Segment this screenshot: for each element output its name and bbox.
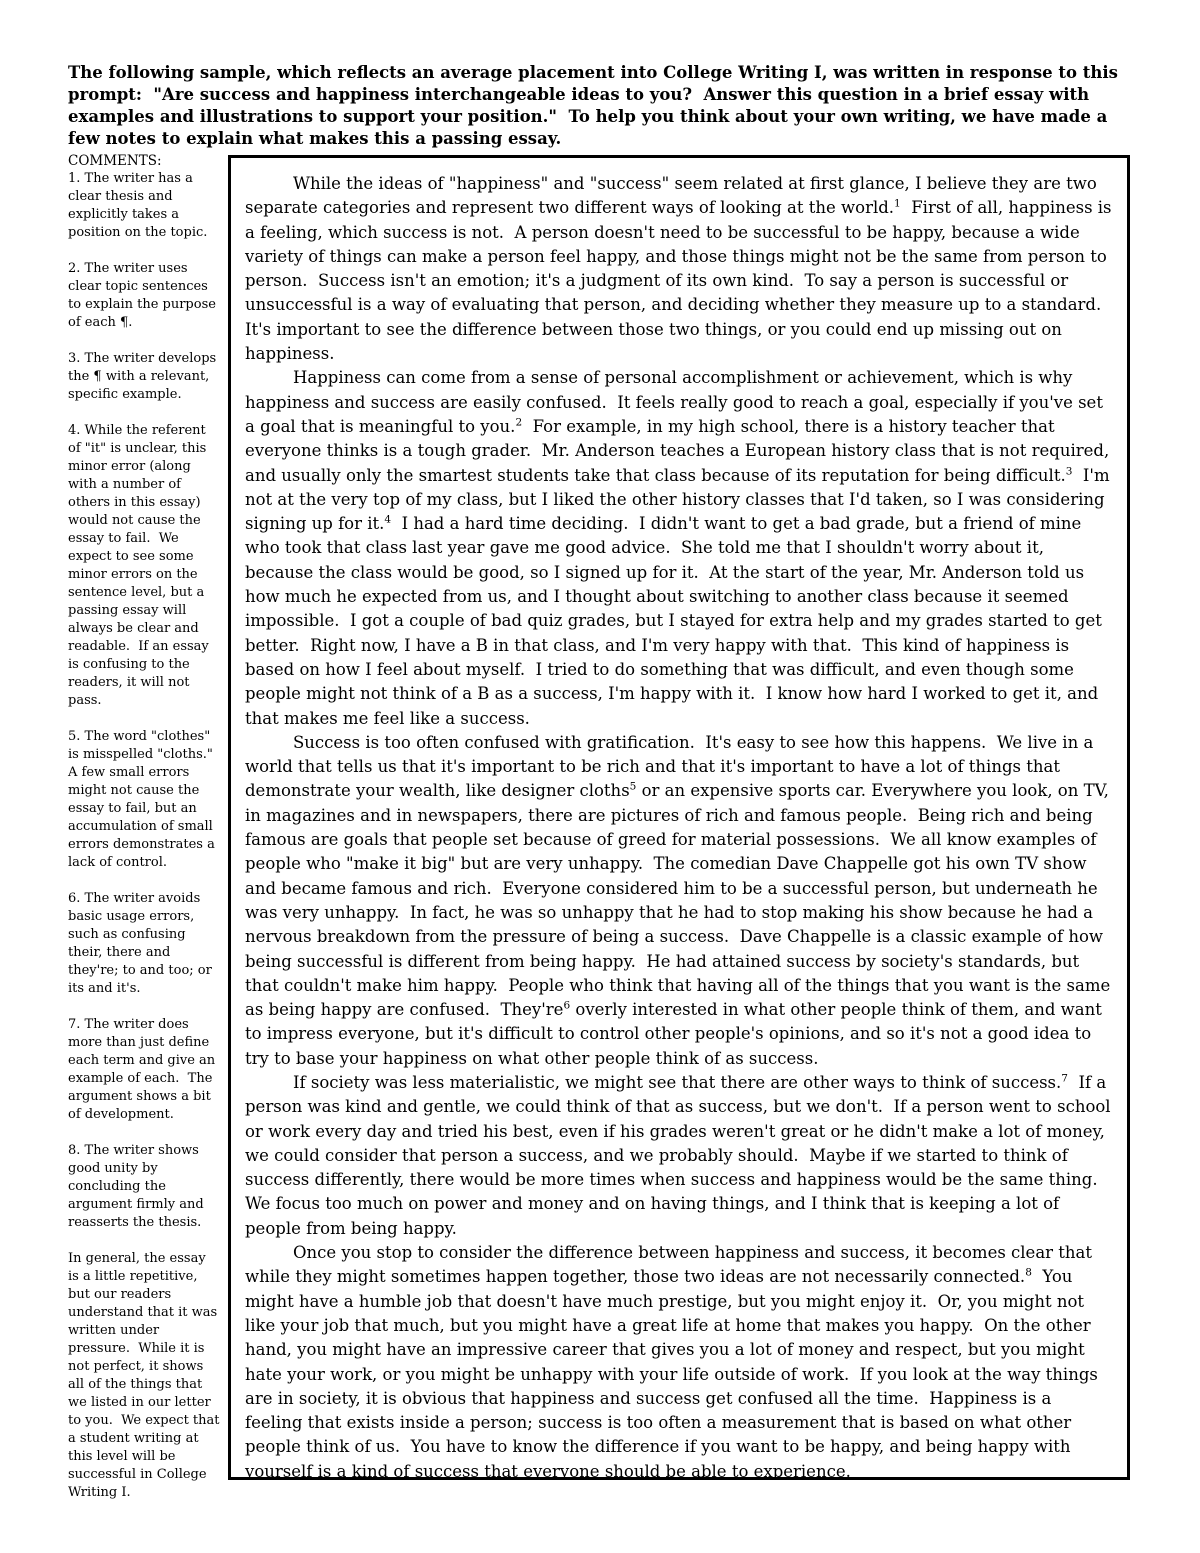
comments-sidebar: COMMENTS: 1. The writer has a clear thes…: [68, 152, 220, 1520]
essay-body: While the ideas of "happiness" and "succ…: [245, 172, 1113, 1480]
comment-note: 6. The writer avoids basic usage errors,…: [68, 890, 220, 998]
footnote-ref: 8: [1025, 1267, 1032, 1279]
footnote-ref: 3: [1066, 465, 1073, 477]
comment-note: 7. The writer does more than just define…: [68, 1016, 220, 1124]
comment-note: 5. The word "clothes" is misspelled "clo…: [68, 728, 220, 872]
comment-note: 3. The writer develops the ¶ with a rele…: [68, 350, 220, 404]
essay-paragraph: Happiness can come from a sense of perso…: [245, 366, 1113, 730]
essay-paragraph: Once you stop to consider the difference…: [245, 1241, 1113, 1480]
footnote-ref: 2: [515, 416, 522, 428]
essay-paragraph: While the ideas of "happiness" and "succ…: [245, 172, 1113, 366]
essay-box: While the ideas of "happiness" and "succ…: [228, 155, 1130, 1480]
essay-paragraph: Success is too often confused with grati…: [245, 731, 1113, 1071]
prompt-header: The following sample, which reflects an …: [68, 62, 1130, 150]
footnote-ref: 7: [1061, 1072, 1068, 1084]
comments-title: COMMENTS:: [68, 152, 220, 170]
footnote-ref: 4: [384, 514, 391, 526]
comment-note: 4. While the referent of "it" is unclear…: [68, 422, 220, 710]
footnote-ref: 6: [563, 1000, 570, 1012]
comment-note: 1. The writer has a clear thesis and exp…: [68, 170, 220, 242]
footnote-ref: 1: [894, 198, 901, 210]
comments-list: 1. The writer has a clear thesis and exp…: [68, 170, 220, 1502]
essay-paragraph: If society was less materialistic, we mi…: [245, 1071, 1113, 1241]
footnote-ref: 5: [630, 781, 637, 793]
comment-note: 2. The writer uses clear topic sentences…: [68, 260, 220, 332]
comment-note: 8. The writer shows good unity by conclu…: [68, 1142, 220, 1232]
comment-note: In general, the essay is a little repeti…: [68, 1250, 220, 1502]
document-page: The following sample, which reflects an …: [0, 0, 1200, 1553]
